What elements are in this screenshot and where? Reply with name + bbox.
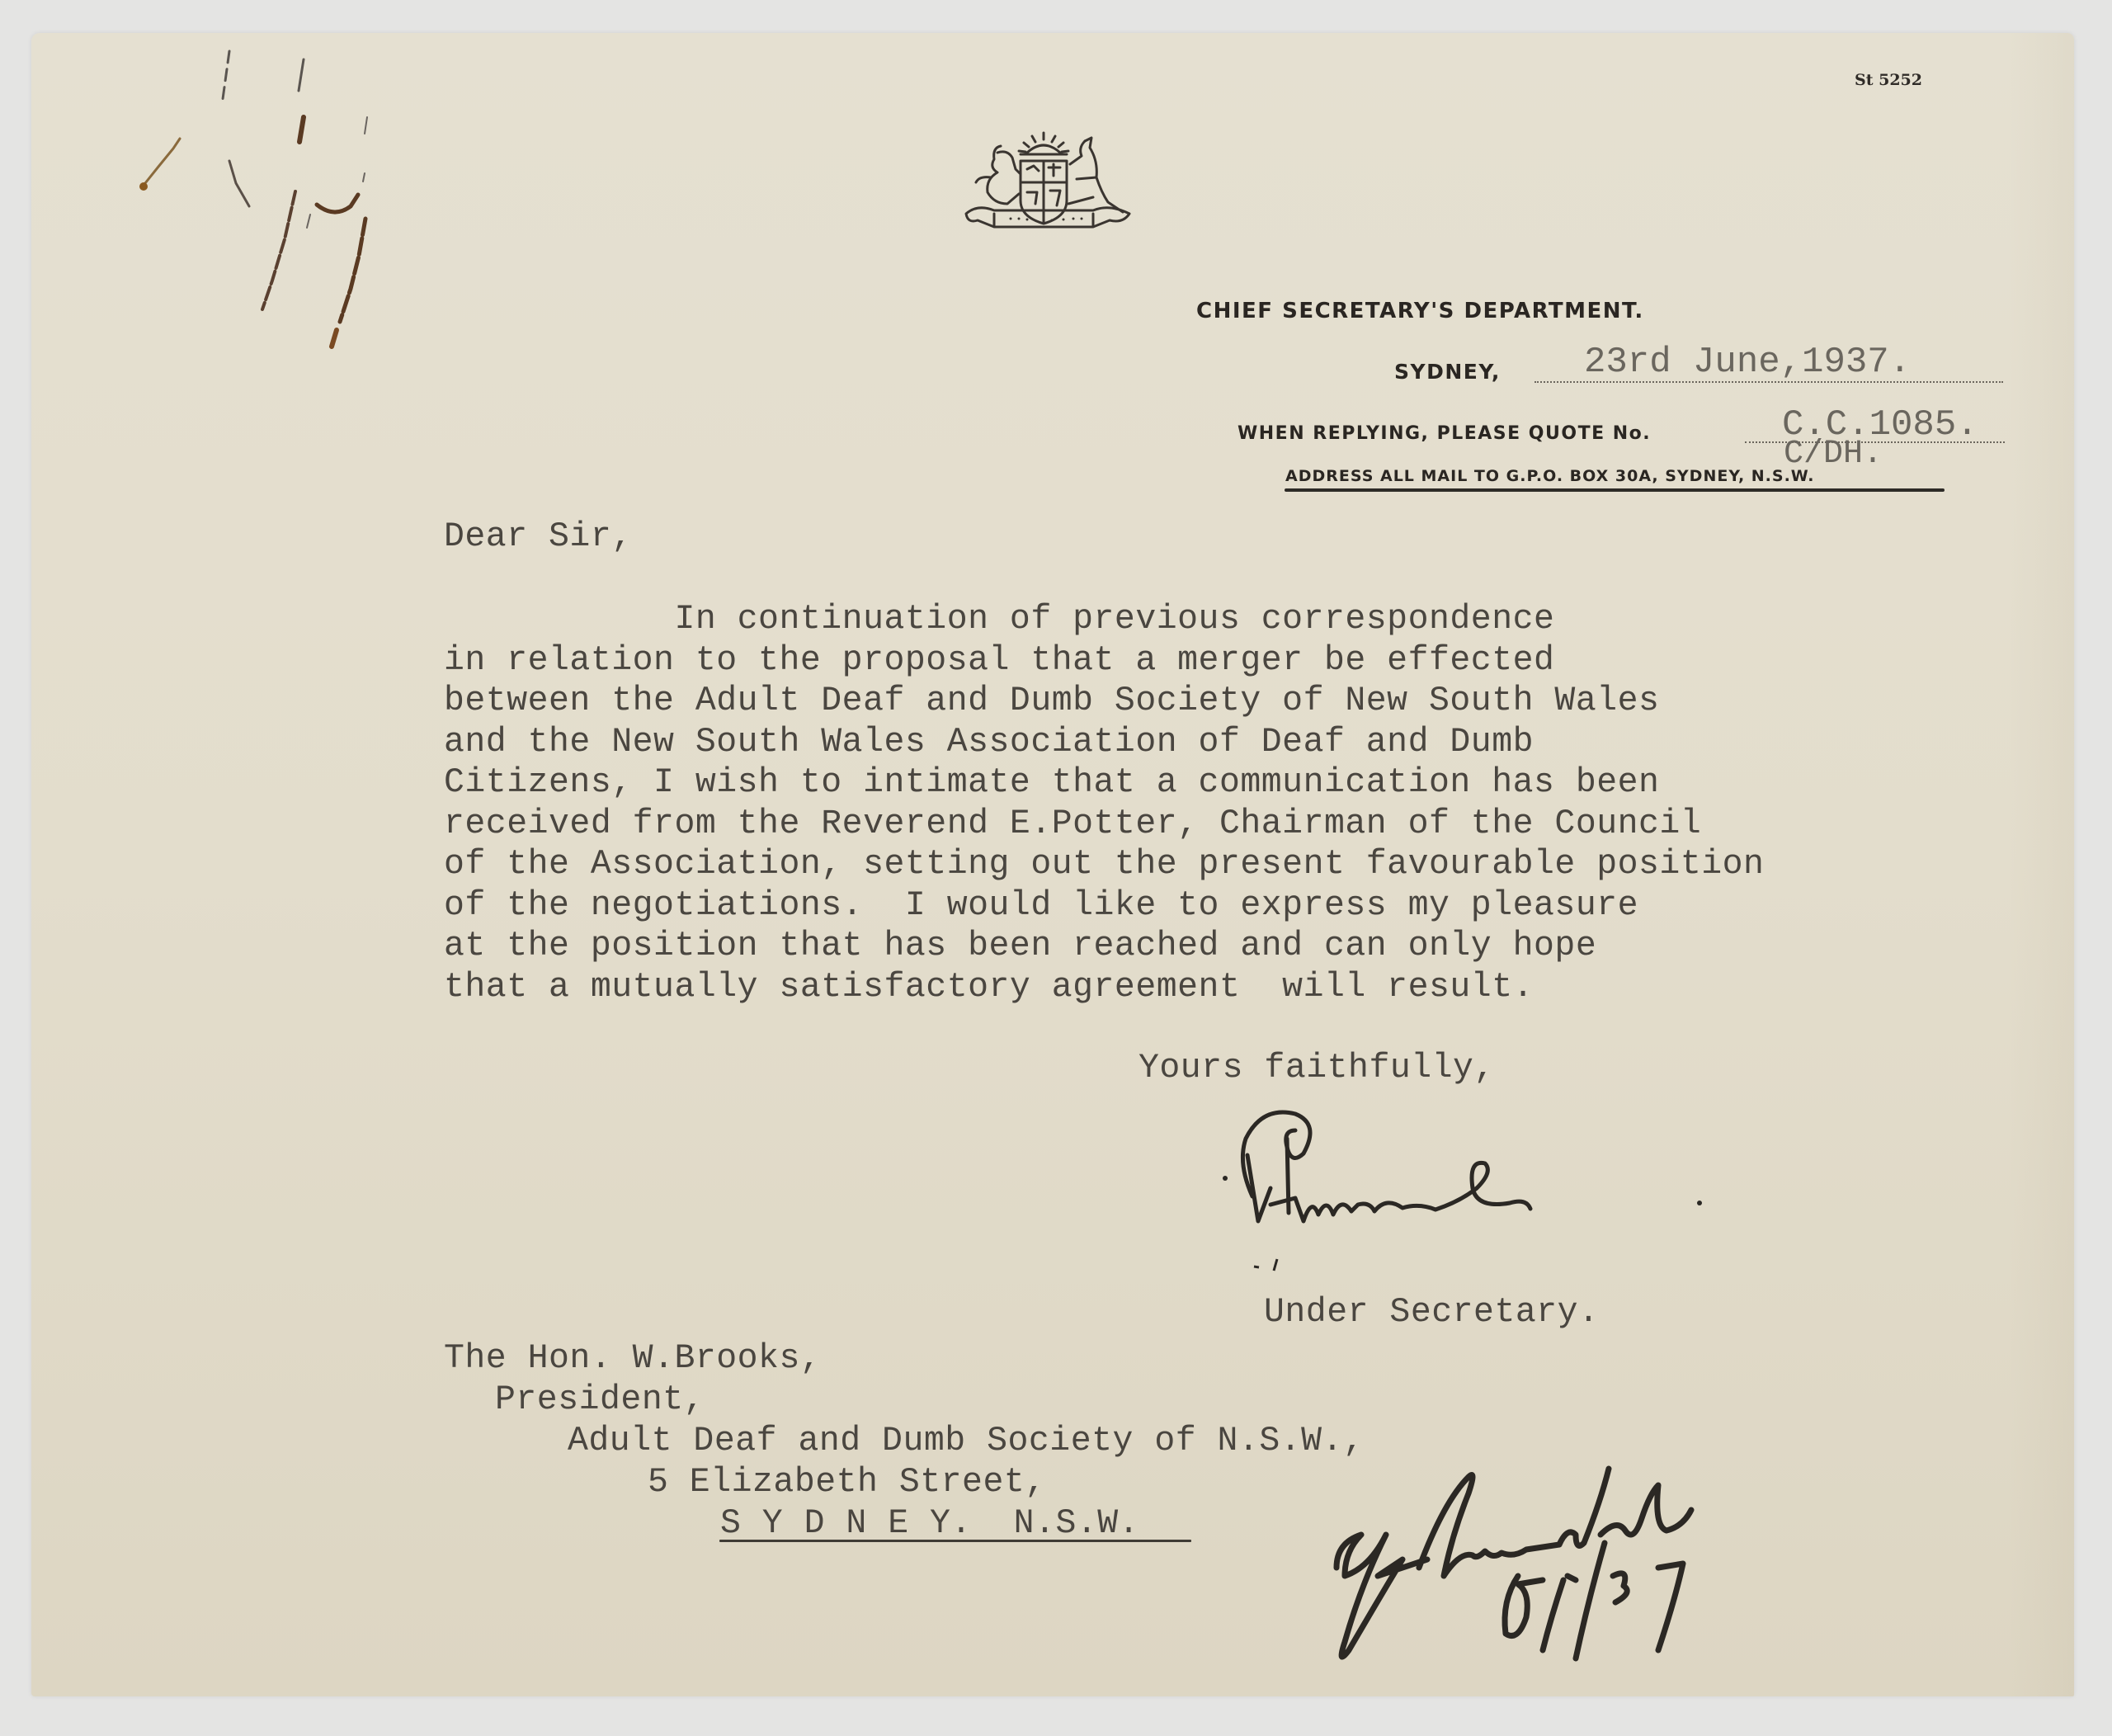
body-line: of the negotiations. I would like to exp… xyxy=(444,885,1764,927)
body-line: Citizens, I wish to intimate that a comm… xyxy=(444,762,1764,804)
body-line: in relation to the proposal that a merge… xyxy=(444,640,1764,682)
body-line: that a mutually satisfactory agreement w… xyxy=(444,967,1764,1008)
addressee-city-underline xyxy=(719,1540,1191,1542)
department-heading: CHIEF SECRETARY'S DEPARTMENT. xyxy=(1196,299,1644,323)
nsw-coat-of-arms-icon xyxy=(961,128,1134,235)
addressee-name: The Hon. W.Brooks, xyxy=(444,1338,821,1380)
reply-label: WHEN REPLYING, PLEASE QUOTE No. xyxy=(1237,423,1651,444)
addressee-city: S Y D N E Y. N.S.W. xyxy=(720,1503,1139,1545)
body-line: at the position that has been reached an… xyxy=(444,926,1764,967)
addressee-organisation: Adult Deaf and Dumb Society of N.S.W., xyxy=(568,1421,1364,1462)
salutation: Dear Sir, xyxy=(444,517,633,558)
letter-date: 23rd June,1937. xyxy=(1584,342,1911,383)
handwritten-initials-icon xyxy=(1328,1452,1757,1667)
letterhead-underline xyxy=(1285,488,1945,492)
city-label: SYDNEY, xyxy=(1394,360,1501,384)
pencil-marks-icon xyxy=(124,41,371,355)
body-line: and the New South Wales Association of D… xyxy=(444,722,1764,763)
body-line: received from the Reverend E.Potter, Cha… xyxy=(444,804,1764,845)
handwritten-signature-icon xyxy=(1213,1106,1741,1271)
mail-address: ADDRESS ALL MAIL TO G.P.O. BOX 30A, SYDN… xyxy=(1285,467,1814,485)
addressee-street: 5 Elizabeth Street, xyxy=(648,1462,1046,1503)
signatory-title: Under Secretary. xyxy=(1264,1292,1599,1333)
body-line: of the Association, setting out the pres… xyxy=(444,844,1764,885)
body-line: In continuation of previous corresponden… xyxy=(444,599,1764,640)
letter-body: In continuation of previous corresponden… xyxy=(444,599,1764,1007)
body-line: between the Adult Deaf and Dumb Society … xyxy=(444,681,1764,722)
closing: Yours faithfully, xyxy=(1138,1048,1495,1089)
file-reference: St 5252 xyxy=(1855,71,1922,89)
addressee-title: President, xyxy=(495,1380,705,1421)
